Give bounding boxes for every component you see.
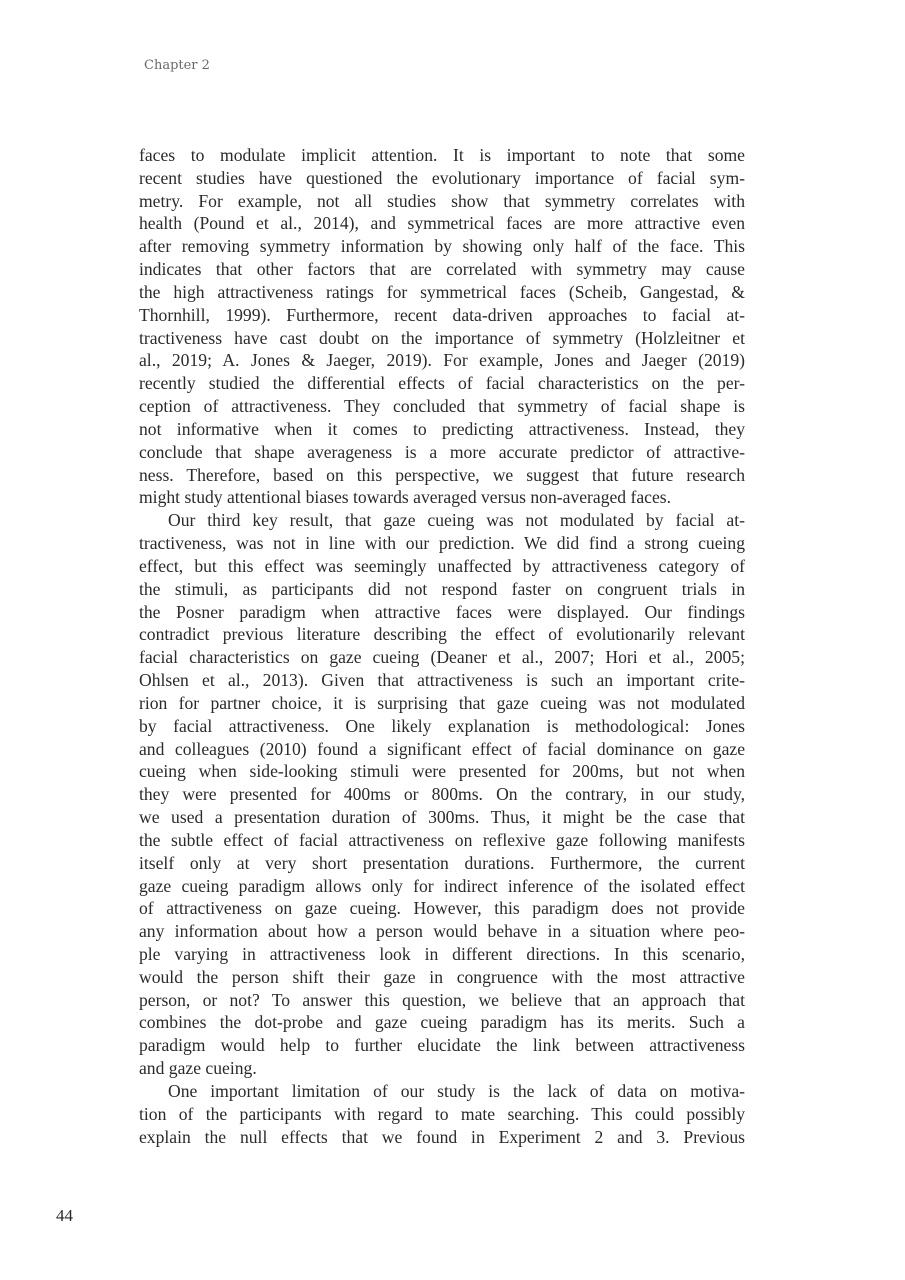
text-line: gaze cueing paradigm allows only for ind… — [139, 875, 745, 898]
text-line: Thornhill, 1999). Furthermore, recent da… — [139, 304, 745, 327]
text-line: and gaze cueing. — [139, 1057, 745, 1080]
text-line: the Posner paradigm when attractive face… — [139, 601, 745, 624]
text-line: and colleagues (2010) found a significan… — [139, 738, 745, 761]
text-line: by facial attractiveness. One likely exp… — [139, 715, 745, 738]
text-line: combines the dot-probe and gaze cueing p… — [139, 1011, 745, 1034]
text-line: of attractiveness on gaze cueing. Howeve… — [139, 897, 745, 920]
text-line: the high attractiveness ratings for symm… — [139, 281, 745, 304]
text-line: metry. For example, not all studies show… — [139, 190, 745, 213]
text-line: ception of attractiveness. They conclude… — [139, 395, 745, 418]
text-line: rion for partner choice, it is surprisin… — [139, 692, 745, 715]
text-line: any information about how a person would… — [139, 920, 745, 943]
text-line: contradict previous literature describin… — [139, 623, 745, 646]
text-line: we used a presentation duration of 300ms… — [139, 806, 745, 829]
text-line: explain the null effects that we found i… — [139, 1126, 745, 1149]
text-line: ness. Therefore, based on this perspecti… — [139, 464, 745, 487]
text-line: itself only at very short presentation d… — [139, 852, 745, 875]
text-line: recent studies have questioned the evolu… — [139, 167, 745, 190]
text-line: the subtle effect of facial attractivene… — [139, 829, 745, 852]
text-line: the stimuli, as participants did not res… — [139, 578, 745, 601]
text-line: Ohlsen et al., 2013). Given that attract… — [139, 669, 745, 692]
text-line: tion of the participants with regard to … — [139, 1103, 745, 1126]
text-line: health (Pound et al., 2014), and symmetr… — [139, 212, 745, 235]
text-line: might study attentional biases towards a… — [139, 486, 745, 509]
paragraph-start-line: One important limitation of our study is… — [139, 1080, 745, 1103]
text-line: they were presented for 400ms or 800ms. … — [139, 783, 745, 806]
text-line: effect, but this effect was seemingly un… — [139, 555, 745, 578]
text-line: ple varying in attractiveness look in di… — [139, 943, 745, 966]
text-line: tractiveness, was not in line with our p… — [139, 532, 745, 555]
running-head: Chapter 2 — [144, 58, 210, 73]
page-number: 44 — [56, 1206, 73, 1226]
text-line: indicates that other factors that are co… — [139, 258, 745, 281]
text-line: paradigm would help to further elucidate… — [139, 1034, 745, 1057]
text-line: cueing when side-looking stimuli were pr… — [139, 760, 745, 783]
text-line: recently studied the differential effect… — [139, 372, 745, 395]
text-line: faces to modulate implicit attention. It… — [139, 144, 745, 167]
text-line: al., 2019; A. Jones & Jaeger, 2019). For… — [139, 349, 745, 372]
text-line: person, or not? To answer this question,… — [139, 989, 745, 1012]
paragraph-start-line: Our third key result, that gaze cueing w… — [139, 509, 745, 532]
text-line: would the person shift their gaze in con… — [139, 966, 745, 989]
text-line: not informative when it comes to predict… — [139, 418, 745, 441]
text-line: conclude that shape averageness is a mor… — [139, 441, 745, 464]
text-line: facial characteristics on gaze cueing (D… — [139, 646, 745, 669]
text-line: after removing symmetry information by s… — [139, 235, 745, 258]
text-line: tractiveness have cast doubt on the impo… — [139, 327, 745, 350]
body-text: faces to modulate implicit attention. It… — [139, 144, 745, 1148]
